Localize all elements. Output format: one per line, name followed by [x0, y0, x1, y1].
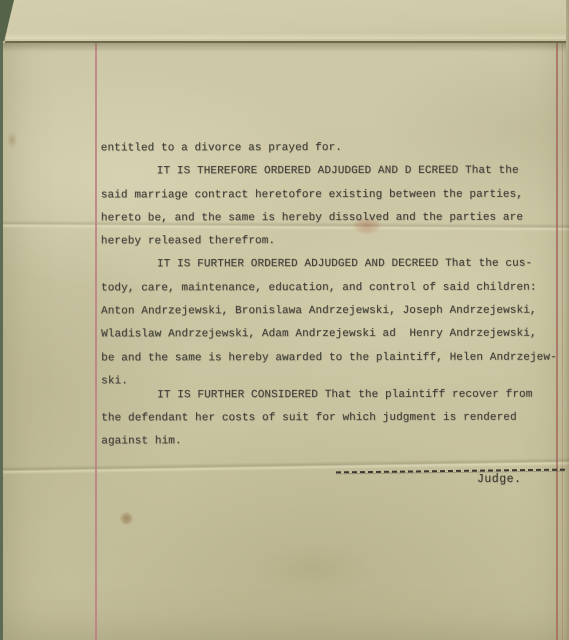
scanned-document: entitled to a divorce as prayed for. IT … [0, 0, 569, 640]
typed-line: Wladislaw Andrzejewski, Adam Andrzejewsk… [101, 323, 569, 347]
fold-crease-top [3, 43, 566, 52]
fold-crease-bottom [3, 457, 569, 474]
left-margin-line [95, 41, 97, 640]
typed-line: the defendant her costs of suit for whic… [101, 407, 569, 431]
fold-highlight [3, 33, 566, 39]
stain-soft-bottom [253, 545, 373, 595]
typed-line: IT IS FURTHER CONSIDERED That the plaint… [101, 383, 569, 407]
typed-text-block: entitled to a divorce as prayed for. IT … [101, 137, 569, 454]
typed-line: be and the same is hereby awarded to the… [101, 346, 569, 370]
typed-line: against him. [101, 430, 569, 454]
typed-line: Anton Andrzejewski, Bronislawa Andrzejew… [101, 300, 569, 324]
stain-spot [120, 512, 133, 525]
judge-label: Judge. [477, 473, 521, 486]
typed-line: IT IS FURTHER ORDERED ADJUDGED AND DECRE… [101, 253, 569, 277]
typed-line: entitled to a divorce as prayed for. [101, 137, 569, 161]
typed-line: hereto be, and the same is hereby dissol… [101, 206, 569, 230]
typed-line: IT IS THEREFORE ORDERED ADJUDGED AND D E… [101, 160, 569, 184]
typed-line: said marriage contract heretofore existi… [101, 183, 569, 207]
stain-left-edge [7, 132, 17, 148]
typed-line: tody, care, maintenance, education, and … [101, 276, 569, 300]
typed-line: hereby released therefrom. [101, 230, 569, 254]
